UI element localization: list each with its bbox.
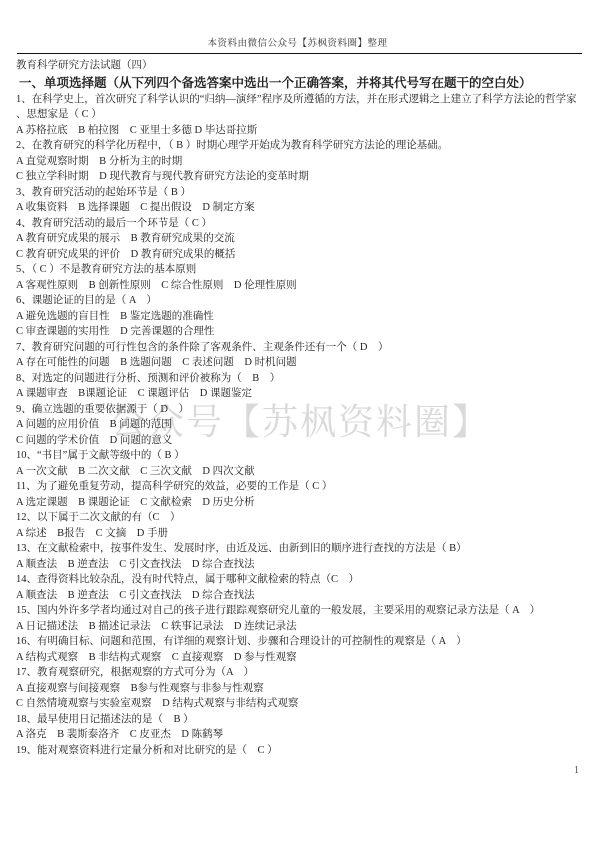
option-line: A 教育研究成果的展示 B 教育研究成果的交流 [16,231,582,247]
question-line: 3、教育研究活动的起始环节是（ B ） [16,185,582,201]
question-line: 9、确立选题的重要依据源于（ D ） [16,402,582,418]
question-line: 7、教育研究问题的可行性包含的条件除了客观条件、主观条件还有一个（ D ） [16,340,582,356]
page-title: 教育科学研究方法试题（四） [16,58,582,74]
option-line: C 独立学科时期 D 现代教育与现代教育研究方法论的变革时期 [16,169,582,185]
option-line: A 一次文献 B 二次文献 C 三次文献 D 四次文献 [16,464,582,480]
document-page: 本资料由微信公众号【苏枫资料圈】整理 公众号【苏枫资料圈】 教育科学研究方法试题… [0,0,595,841]
question-line: 11、为了避免重复劳动，提高科学研究的效益，必要的工作是（ C ） [16,479,582,495]
option-line: A 日记描述法 B 描述记录法 C 轶事记录法 D 连续记录法 [16,619,582,635]
question-continuation-line: 、思想家是（ C ） [16,107,582,123]
question-line: 16、有明确目标、问题和范围，有详细的观察计划、步骤和合理设计的可控制性的观察是… [16,634,582,650]
question-line: 2、在教育研究的科学化历程中，（ B ）时期心理学开始成为教育科学研究方法论的理… [16,138,582,154]
option-line: C 审查课题的实用性 D 完善课题的合理性 [16,324,582,340]
option-line: A 避免选题的盲目性 B 鉴定选题的准确性 [16,309,582,325]
option-line: A 课题审查 B课题论证 C 课题评估 D 课题鉴定 [16,386,582,402]
question-line: 1、在科学史上，首次研究了科学认识的“归纳—演绎”程序及所遵循的方法，并在形式逻… [16,92,582,108]
option-line: C 自然情境观察与实验室观察 D 结构式观察与非结构式观察 [16,696,582,712]
option-line: A 收集资料 B 选择课题 C 提出假设 D 制定方案 [16,200,582,216]
option-line: A 苏格拉底 B 柏拉图 C 亚里士多德 D 毕达哥拉斯 [16,123,582,139]
question-line: 10、“书目”属于文献等级中的（ B ） [16,448,582,464]
question-line: 4、教育研究活动的最后一个环节是（ C ） [16,216,582,232]
header-divider [17,53,582,54]
header-note: 本资料由微信公众号【苏枫资料圈】整理 [0,35,595,49]
option-line: A 顺查法 B 逆查法 C 引文查找法 D 综合查找法 [16,588,582,604]
option-line: A 客观性原则 B 创新性原则 C 综合性原则 D 伦理性原则 [16,278,582,294]
content-lines: 教育科学研究方法试题（四）一、单项选择题（从下列四个备选答案中选出一个正确答案，… [16,58,582,758]
option-line: A 存在可能性的问题 B 选题问题 C 表述问题 D 时机问题 [16,355,582,371]
question-line: 5、（ C ）不是教育研究方法的基本原则 [16,262,582,278]
option-line: A 顺查法 B 逆查法 C 引文查找法 D 综合查找法 [16,557,582,573]
section-heading: 一、单项选择题（从下列四个备选答案中选出一个正确答案，并将其代号写在题干的空白处… [16,74,582,92]
option-line: A 直觉观察时期 B 分析为主的时期 [16,154,582,170]
option-line: A 直接观察与间接观察 B参与性观察与非参与性观察 [16,681,582,697]
question-line: 6、课题论证的目的是（ A ） [16,293,582,309]
question-line: 14、查得资料比较杂乱，没有时代特点，属于哪种文献检索的特点（C ） [16,572,582,588]
option-line: A 问题的应用价值 B 问题的范围 [16,417,582,433]
question-line: 18、最早使用日记描述法的是（ B ） [16,712,582,728]
question-line: 12、以下属于二次文献的有（C ） [16,510,582,526]
option-line: A 选定课题 B 课题论证 C 文献检索 D 历史分析 [16,495,582,511]
question-line: 19、能对观察资料进行定量分析和对比研究的是（ C ） [16,743,582,759]
question-line: 8、对选定的问题进行分析、预测和评价被称为（ B ） [16,371,582,387]
option-line: A 结构式观察 B 非结构式观察 C 直接观察 D 参与性观察 [16,650,582,666]
question-line: 15、国内外许多学者均通过对自己的孩子进行跟踪观察研究儿童的一般发展，主要采用的… [16,603,582,619]
option-line: C 教育研究成果的评价 D 教育研究成果的概括 [16,247,582,263]
option-line: C 问题的学术价值 D 问题的意义 [16,433,582,449]
option-line: A 洛克 B 裴斯泰洛齐 C 皮亚杰 D 陈鹤琴 [16,727,582,743]
option-line: A 综述 B报告 C 文摘 D 手册 [16,526,582,542]
question-line: 17、教育观察研究，根据观察的方式可分为（A ） [16,665,582,681]
page-number: 1 [574,765,579,776]
question-line: 13、在文献检索中，按事件发生、发展时序，由近及远、由新到旧的顺序进行查找的方法… [16,541,582,557]
